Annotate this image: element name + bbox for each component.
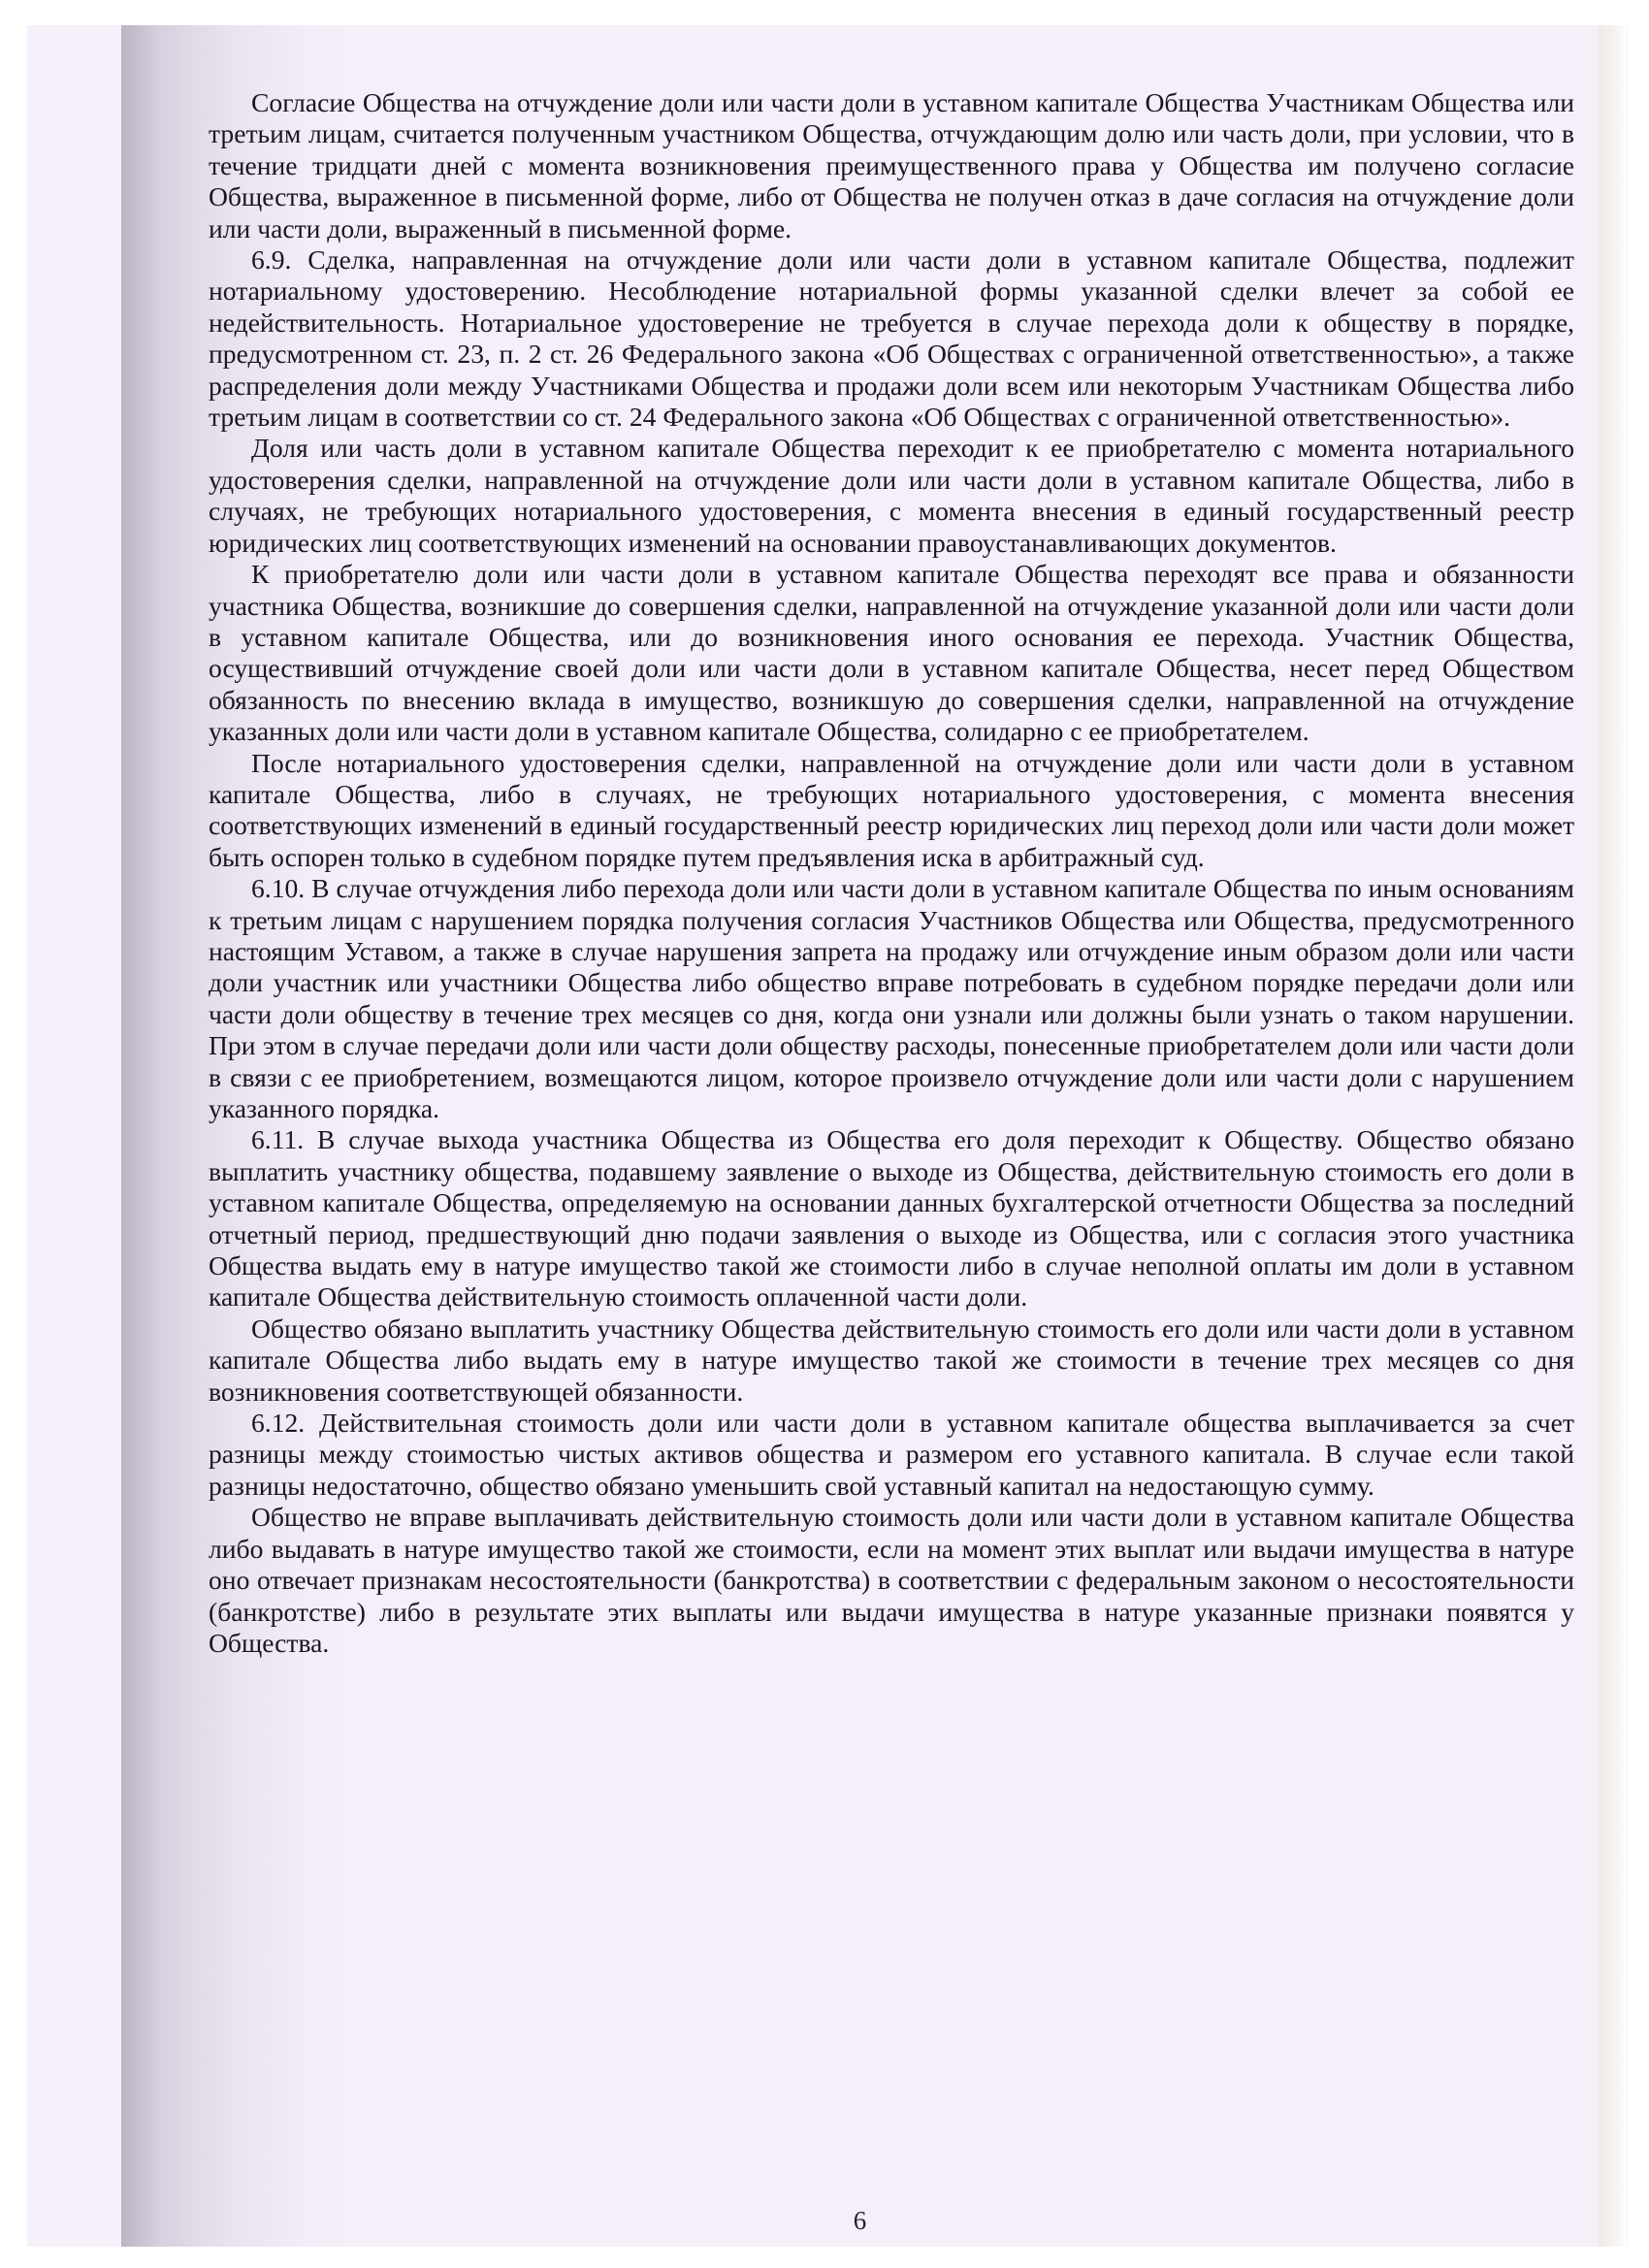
page-number: 6 [121,2206,1599,2236]
paragraph-share-transfer-moment: Доля или часть доли в уставном капитале … [209,433,1574,559]
paragraph-6-12-actual-value: 6.12. Действительная стоимость доли или … [209,1408,1574,1502]
paragraph-6-10-violation: 6.10. В случае отчуждения либо перехода … [209,873,1574,1124]
document-body: Согласие Общества на отчуждение доли или… [209,87,1574,1659]
page-edge-strip [1599,25,1627,2247]
paragraph-consent-alienation: Согласие Общества на отчуждение доли или… [209,87,1574,244]
paragraph-6-9-notarization: 6.9. Сделка, направленная на отчуждение … [209,244,1574,433]
paragraph-payment-prohibition: Общество не вправе выплачивать действите… [209,1502,1574,1659]
paragraph-acquirer-rights: К приобретателю доли или части доли в ус… [209,559,1574,747]
document-page: Согласие Общества на отчуждение доли или… [121,25,1599,2247]
paragraph-6-11-withdrawal: 6.11. В случае выхода участника Общества… [209,1124,1574,1312]
paragraph-challenge-transfer: После нотариального удостоверения сделки… [209,748,1574,874]
paragraph-payment-obligation: Общество обязано выплатить участнику Общ… [209,1313,1574,1408]
